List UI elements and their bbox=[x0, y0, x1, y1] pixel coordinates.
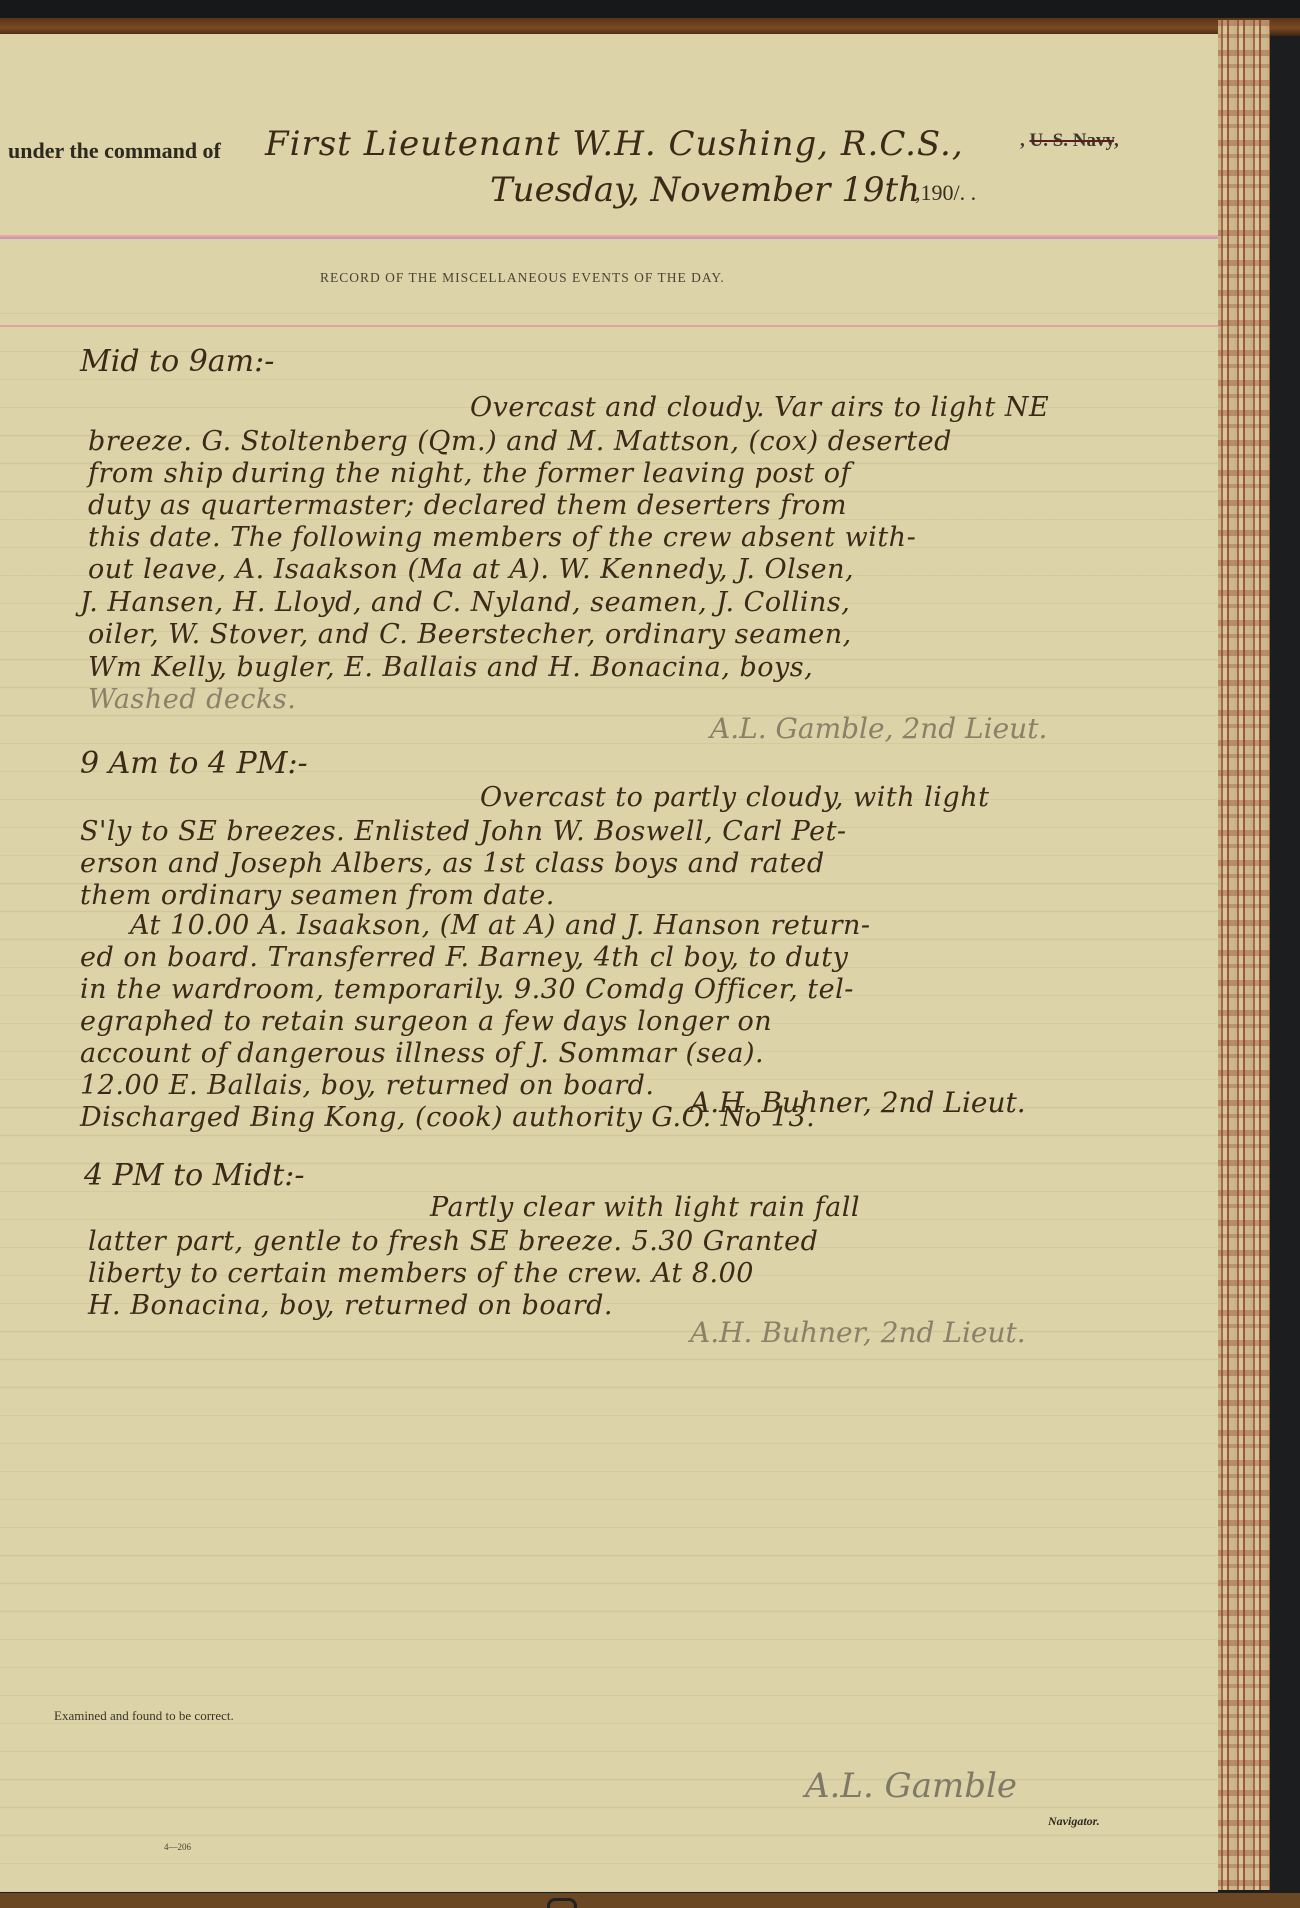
entry-line: Partly clear with light rain fall bbox=[430, 1192, 860, 1223]
entry-line: egraphed to retain surgeon a few days lo… bbox=[80, 1006, 772, 1037]
officer-signature: A.H. Buhner, 2nd Lieut. bbox=[690, 1316, 1026, 1349]
entry-line: this date. The following members of the … bbox=[88, 522, 916, 553]
service-struck-text: U. S. Navy bbox=[1030, 130, 1114, 151]
entry-line: out leave, A. Isaakson (Ma at A). W. Ken… bbox=[88, 554, 854, 585]
entry-line: account of dangerous illness of J. Somma… bbox=[80, 1038, 764, 1069]
commander-name-handwritten: First Lieutenant W.H. Cushing, R.C.S., bbox=[265, 124, 964, 164]
entry-line: ed on board. Transferred F. Barney, 4th … bbox=[80, 942, 848, 973]
service-suffix: , bbox=[1114, 130, 1119, 151]
entry-line: them ordinary seamen from date. bbox=[80, 880, 555, 911]
officer-signature: A.L. Gamble, 2nd Lieut. bbox=[710, 712, 1047, 745]
entry-line: H. Bonacina, boy, returned on board. bbox=[88, 1290, 613, 1321]
entry-line: latter part, gentle to fresh SE breeze. … bbox=[88, 1226, 818, 1257]
section-title: RECORD OF THE MISCELLANEOUS EVENTS OF TH… bbox=[320, 270, 725, 286]
log-page: under the command of First Lieutenant W.… bbox=[0, 34, 1218, 1892]
entry-line: Wm Kelly, bugler, E. Ballais and H. Bona… bbox=[88, 652, 813, 683]
navigator-signature: A.L. Gamble bbox=[805, 1766, 1017, 1806]
entry-line: J. Hansen, H. Lloyd, and C. Nyland, seam… bbox=[80, 587, 850, 618]
entry-line: Washed decks. bbox=[88, 684, 296, 715]
entry-line: duty as quartermaster; declared them des… bbox=[88, 490, 847, 521]
entry-line: liberty to certain members of the crew. … bbox=[88, 1258, 754, 1289]
entry-line: erson and Joseph Albers, as 1st class bo… bbox=[80, 848, 825, 879]
entry-line: At 10.00 A. Isaakson, (M at A) and J. Ha… bbox=[130, 910, 871, 941]
header-rule bbox=[0, 237, 1218, 239]
watch-heading: 4 PM to Midt:- bbox=[84, 1158, 305, 1193]
log-date-handwritten: Tuesday, November 19th bbox=[490, 170, 920, 210]
entry-line: Overcast to partly cloudy, with light bbox=[480, 782, 989, 813]
entry-line: 12.00 E. Ballais, boy, returned on board… bbox=[80, 1070, 655, 1101]
watch-heading: 9 Am to 4 PM:- bbox=[80, 746, 308, 781]
navigator-label: Navigator. bbox=[1048, 1814, 1100, 1829]
book-cover-bottom-edge bbox=[0, 1893, 1300, 1908]
service-branch: , U. S. Navy, bbox=[1020, 130, 1119, 152]
entry-line: breeze. G. Stoltenberg (Qm.) and M. Matt… bbox=[88, 426, 952, 457]
watch-heading: Mid to 9am:- bbox=[80, 344, 274, 379]
log-year: ,190/. . bbox=[915, 180, 976, 206]
examined-statement: Examined and found to be correct. bbox=[54, 1708, 234, 1724]
entry-line: oiler, W. Stover, and C. Beerstecher, or… bbox=[88, 619, 852, 650]
entry-line: in the wardroom, temporarily. 9.30 Comdg… bbox=[80, 974, 854, 1005]
service-prefix: , bbox=[1020, 130, 1025, 151]
page-header-area bbox=[0, 34, 1218, 296]
binding-clasp bbox=[547, 1898, 577, 1908]
officer-signature: A.H. Buhner, 2nd Lieut. bbox=[690, 1086, 1026, 1119]
title-rule bbox=[0, 325, 1218, 327]
command-label: under the command of bbox=[8, 138, 221, 164]
book-cover-top-edge bbox=[0, 0, 1300, 36]
entry-line: S'ly to SE breezes. Enlisted John W. Bos… bbox=[80, 816, 847, 847]
entry-line: Overcast and cloudy. Var airs to light N… bbox=[470, 392, 1049, 423]
page-edges-binding bbox=[1218, 20, 1270, 1890]
entry-line: from ship during the night, the former l… bbox=[88, 458, 851, 489]
form-number: 4—206 bbox=[164, 1842, 191, 1852]
